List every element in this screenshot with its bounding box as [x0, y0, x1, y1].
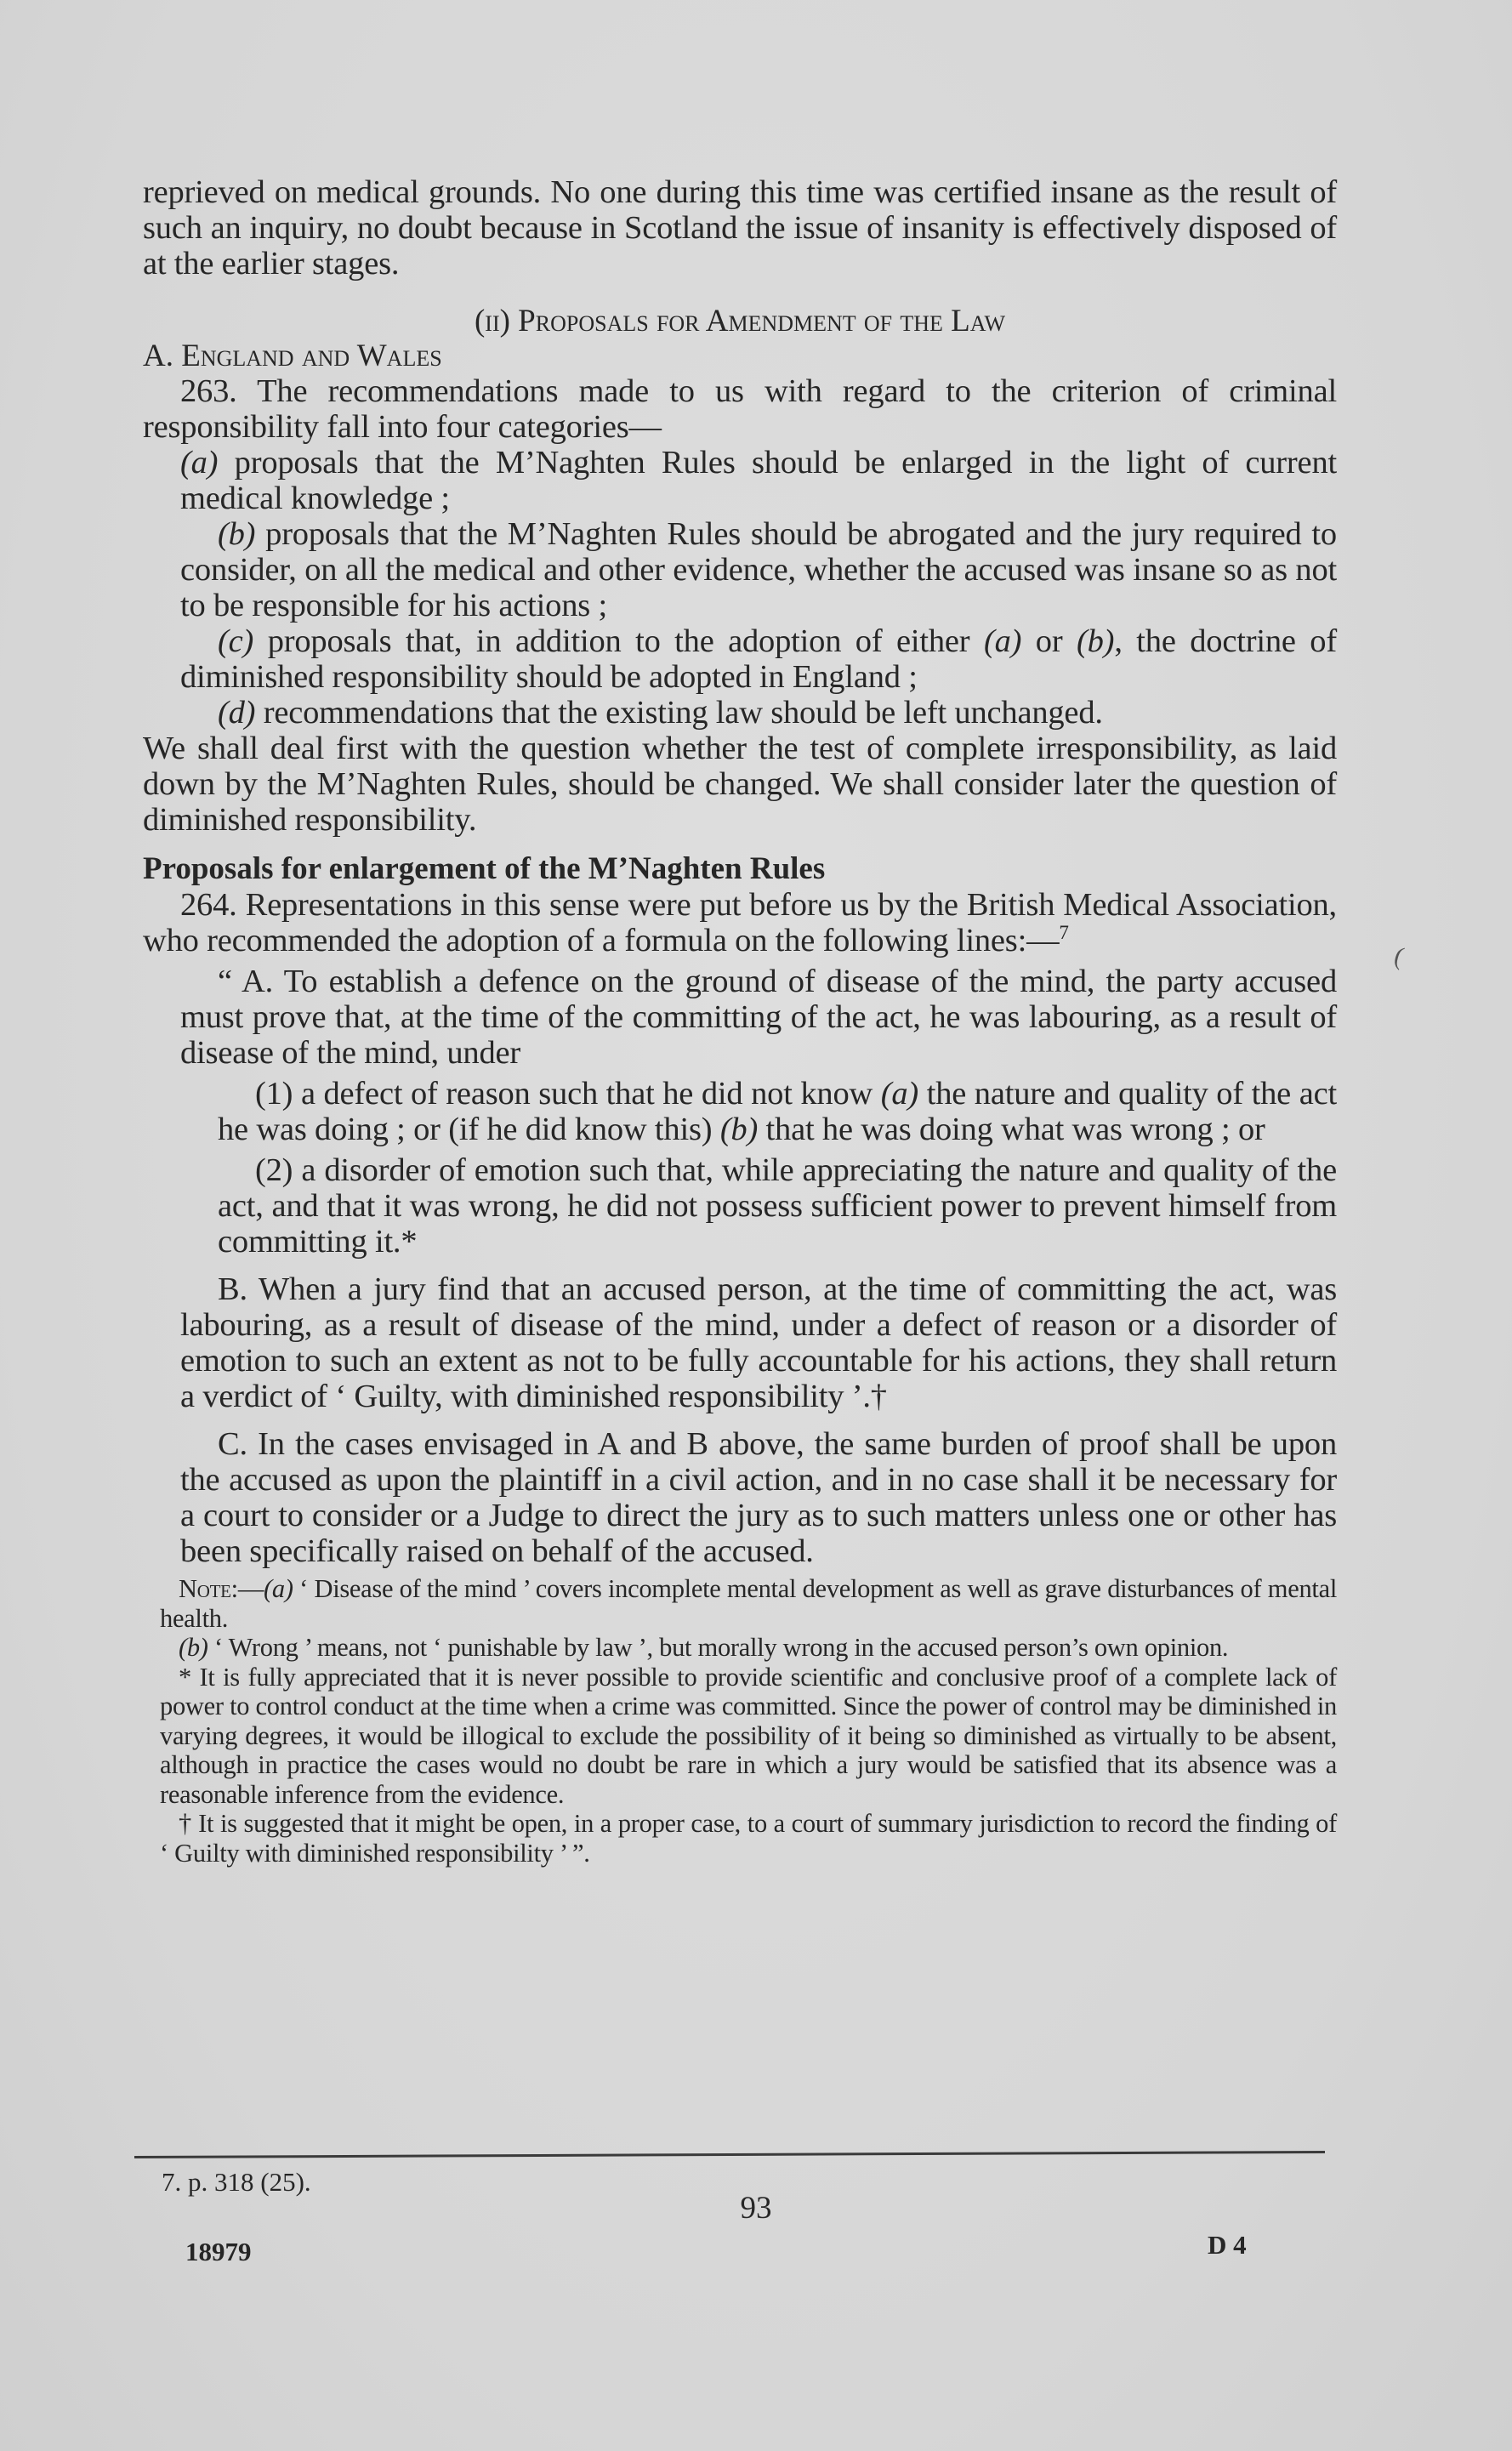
note-label: Note:—	[179, 1574, 264, 1603]
bold-heading: Proposals for enlargement of the M’Naght…	[143, 851, 1337, 887]
section-heading: (ii) Proposals for Amendment of the Law	[143, 304, 1337, 339]
note-a: Note:—(a) ‘ Disease of the mind ’ covers…	[143, 1574, 1337, 1633]
paragraph-263: 263. The recommendations made to us with…	[143, 373, 1337, 445]
margin-pencil-mark: (	[1391, 941, 1407, 971]
print-signature: 18979	[185, 2237, 252, 2267]
intro-paragraph: reprieved on medical grounds. No one dur…	[143, 174, 1337, 281]
item-text: recommendations that the existing law sh…	[264, 695, 1103, 731]
document-page: reprieved on medical grounds. No one dur…	[143, 174, 1337, 1868]
note-asterisk: * It is fully appreciated that it is nev…	[143, 1663, 1337, 1810]
item-label: (c)	[218, 623, 253, 659]
quote-clause-a: “ A. To establish a defence on the groun…	[143, 964, 1337, 1071]
gathering-signature: D 4	[1208, 2230, 1247, 2260]
footnote-ref: 7	[1059, 921, 1068, 943]
item-text: proposals that the M’Naghten Rules shoul…	[180, 516, 1337, 623]
note-dagger: † It is suggested that it might be open,…	[143, 1809, 1337, 1868]
footnote-divider	[134, 2151, 1325, 2158]
item-label: (b)	[218, 516, 255, 552]
quote-clause-a2: (2) a disorder of emotion such that, whi…	[143, 1152, 1337, 1260]
item-text: proposals that the M’Naghten Rules shoul…	[180, 445, 1337, 516]
quote-clause-c: C. In the cases envisaged in A and B abo…	[143, 1426, 1337, 1569]
category-item-b-real: (b) proposals that the M’Naghten Rules s…	[143, 516, 1337, 623]
note-b: (b) ‘ Wrong ’ means, not ‘ punishable by…	[143, 1633, 1337, 1663]
paragraph-text: The recommendations made to us with rega…	[143, 373, 1337, 445]
item-label: (a)	[180, 445, 218, 481]
category-item-d: (d) recommendations that the existing la…	[143, 695, 1337, 731]
category-item-c: (c) proposals that, in addition to the a…	[143, 623, 1337, 695]
paragraph-number: 263.	[180, 373, 237, 409]
item-label: (d)	[218, 695, 255, 731]
paragraph-text: Representations in this sense were put b…	[143, 887, 1337, 958]
quote-clause-a1: (1) a defect of reason such that he did …	[143, 1076, 1337, 1147]
paragraph-264: 264. Representations in this sense were …	[143, 887, 1337, 958]
category-item-a: (a) proposals that the M’Naghten Rules s…	[143, 445, 1337, 516]
page-number: 93	[0, 2190, 1512, 2226]
subsection-heading: A. England and Wales	[143, 339, 1337, 373]
paragraph-263-closing: We shall deal first with the question wh…	[143, 731, 1337, 838]
paragraph-number: 264.	[180, 887, 237, 923]
quote-clause-b: B. When a jury find that an accused pers…	[143, 1271, 1337, 1414]
